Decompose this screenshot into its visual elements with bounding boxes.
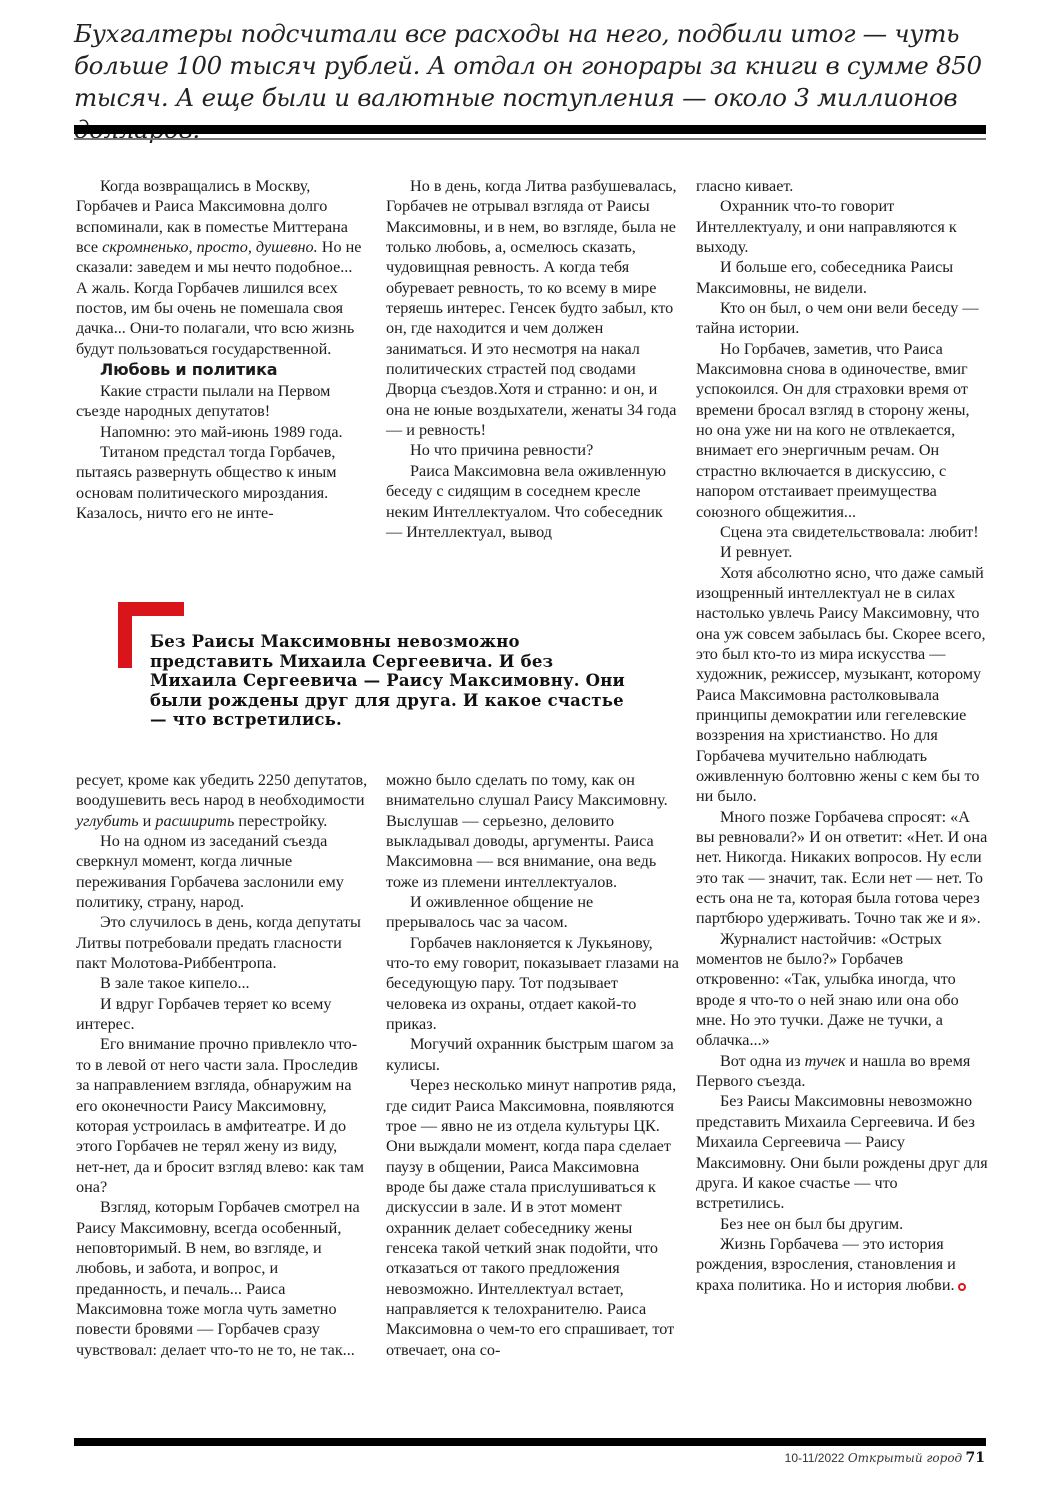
page-number: 71: [966, 1450, 985, 1466]
paragraph: И оживленное общение не прерывалось час …: [386, 892, 680, 933]
paragraph: Без нее он был бы другим.: [696, 1214, 988, 1234]
paragraph-continued: ресует, кроме как убедить 2250 депутатов…: [76, 770, 368, 831]
issue-number: 10-11/2022: [785, 1451, 845, 1465]
paragraph: Журналист настойчив: «Острых моментов не…: [696, 929, 988, 1051]
paragraph: И вдруг Горбачев теряет ко всему интерес…: [76, 994, 368, 1035]
paragraph: Напомню: это май-июнь 1989 года.: [76, 422, 368, 442]
magazine-name: Открытый город: [848, 1451, 962, 1465]
paragraph: Без Раисы Максимовны невозможно представ…: [696, 1091, 988, 1213]
header-rule-thin: [74, 138, 986, 140]
paragraph: Хотя абсолютно ясно, что даже самый изощ…: [696, 563, 988, 807]
paragraph: Сцена эта свидетельствовала: любит!: [696, 522, 988, 542]
paragraph: Какие страсти пылали на Первом съезде на…: [76, 381, 368, 422]
column-1-top: Когда возвращались в Москву, Горбачев и …: [76, 176, 368, 524]
end-of-article-icon: [958, 1283, 966, 1291]
magazine-page: Бухгалтеры подсчитали все расходы на нег…: [0, 0, 1061, 1500]
paragraph: Жизнь Горбачева — это история рождения, …: [696, 1234, 988, 1295]
paragraph: Но на одном из заседаний съезда сверкнул…: [76, 831, 368, 912]
paragraph: Кто он был, о чем они вели беседу — тайн…: [696, 298, 988, 339]
paragraph-continued: гласно кивает.: [696, 176, 988, 196]
column-3: гласно кивает. Охранник что-то говорит И…: [696, 176, 988, 1295]
paragraph: Титаном предстал тогда Горбачев, пытаясь…: [76, 442, 368, 523]
paragraph: Это случилось в день, когда депутаты Лит…: [76, 912, 368, 973]
header-rule-thick: [74, 125, 986, 134]
footer-rule: [74, 1438, 986, 1446]
paragraph: Горбачев наклоняется к Лукьянову, что-то…: [386, 933, 680, 1035]
page-footer: 10-11/2022 Открытый город 71: [785, 1450, 985, 1466]
paragraph: Много позже Горбачева спросят: «А вы рев…: [696, 807, 988, 929]
column-2-top: Но в день, когда Литва разбушевалась, Го…: [386, 176, 680, 542]
paragraph: В зале такое кипело...: [76, 973, 368, 993]
paragraph: Но Горбачев, заметив, что Раиса Максимов…: [696, 339, 988, 522]
paragraph: Могучий охранник быстрым шагом за кулисы…: [386, 1034, 680, 1075]
paragraph: И ревнует.: [696, 542, 988, 562]
paragraph: Но в день, когда Литва разбушевалась, Го…: [386, 176, 680, 440]
paragraph: Раиса Максимовна вела оживленную беседу …: [386, 461, 680, 542]
paragraph-continued: можно было сделать по тому, как он внима…: [386, 770, 680, 892]
paragraph: Охранник что-то говорит Интеллектуалу, и…: [696, 196, 988, 257]
column-1-bottom: ресует, кроме как убедить 2250 депутатов…: [76, 770, 368, 1360]
paragraph: И больше его, собеседника Раисы Максимов…: [696, 257, 988, 298]
paragraph: Но что причина ревности?: [386, 440, 680, 460]
column-2-bottom: можно было сделать по тому, как он внима…: [386, 770, 680, 1360]
paragraph: Когда возвращались в Москву, Горбачев и …: [76, 176, 368, 359]
paragraph: Через несколько минут напротив ряда, где…: [386, 1075, 680, 1360]
paragraph: Вот одна из тучек и нашла во время Перво…: [696, 1051, 988, 1092]
paragraph: Его внимание прочно привлекло что-то в л…: [76, 1034, 368, 1197]
section-subheading: Любовь и политика: [76, 359, 368, 381]
paragraph: Взгляд, которым Горбачев смотрел на Раис…: [76, 1197, 368, 1360]
pull-quote: Без Раисы Максимовны невозможно представ…: [150, 632, 630, 730]
